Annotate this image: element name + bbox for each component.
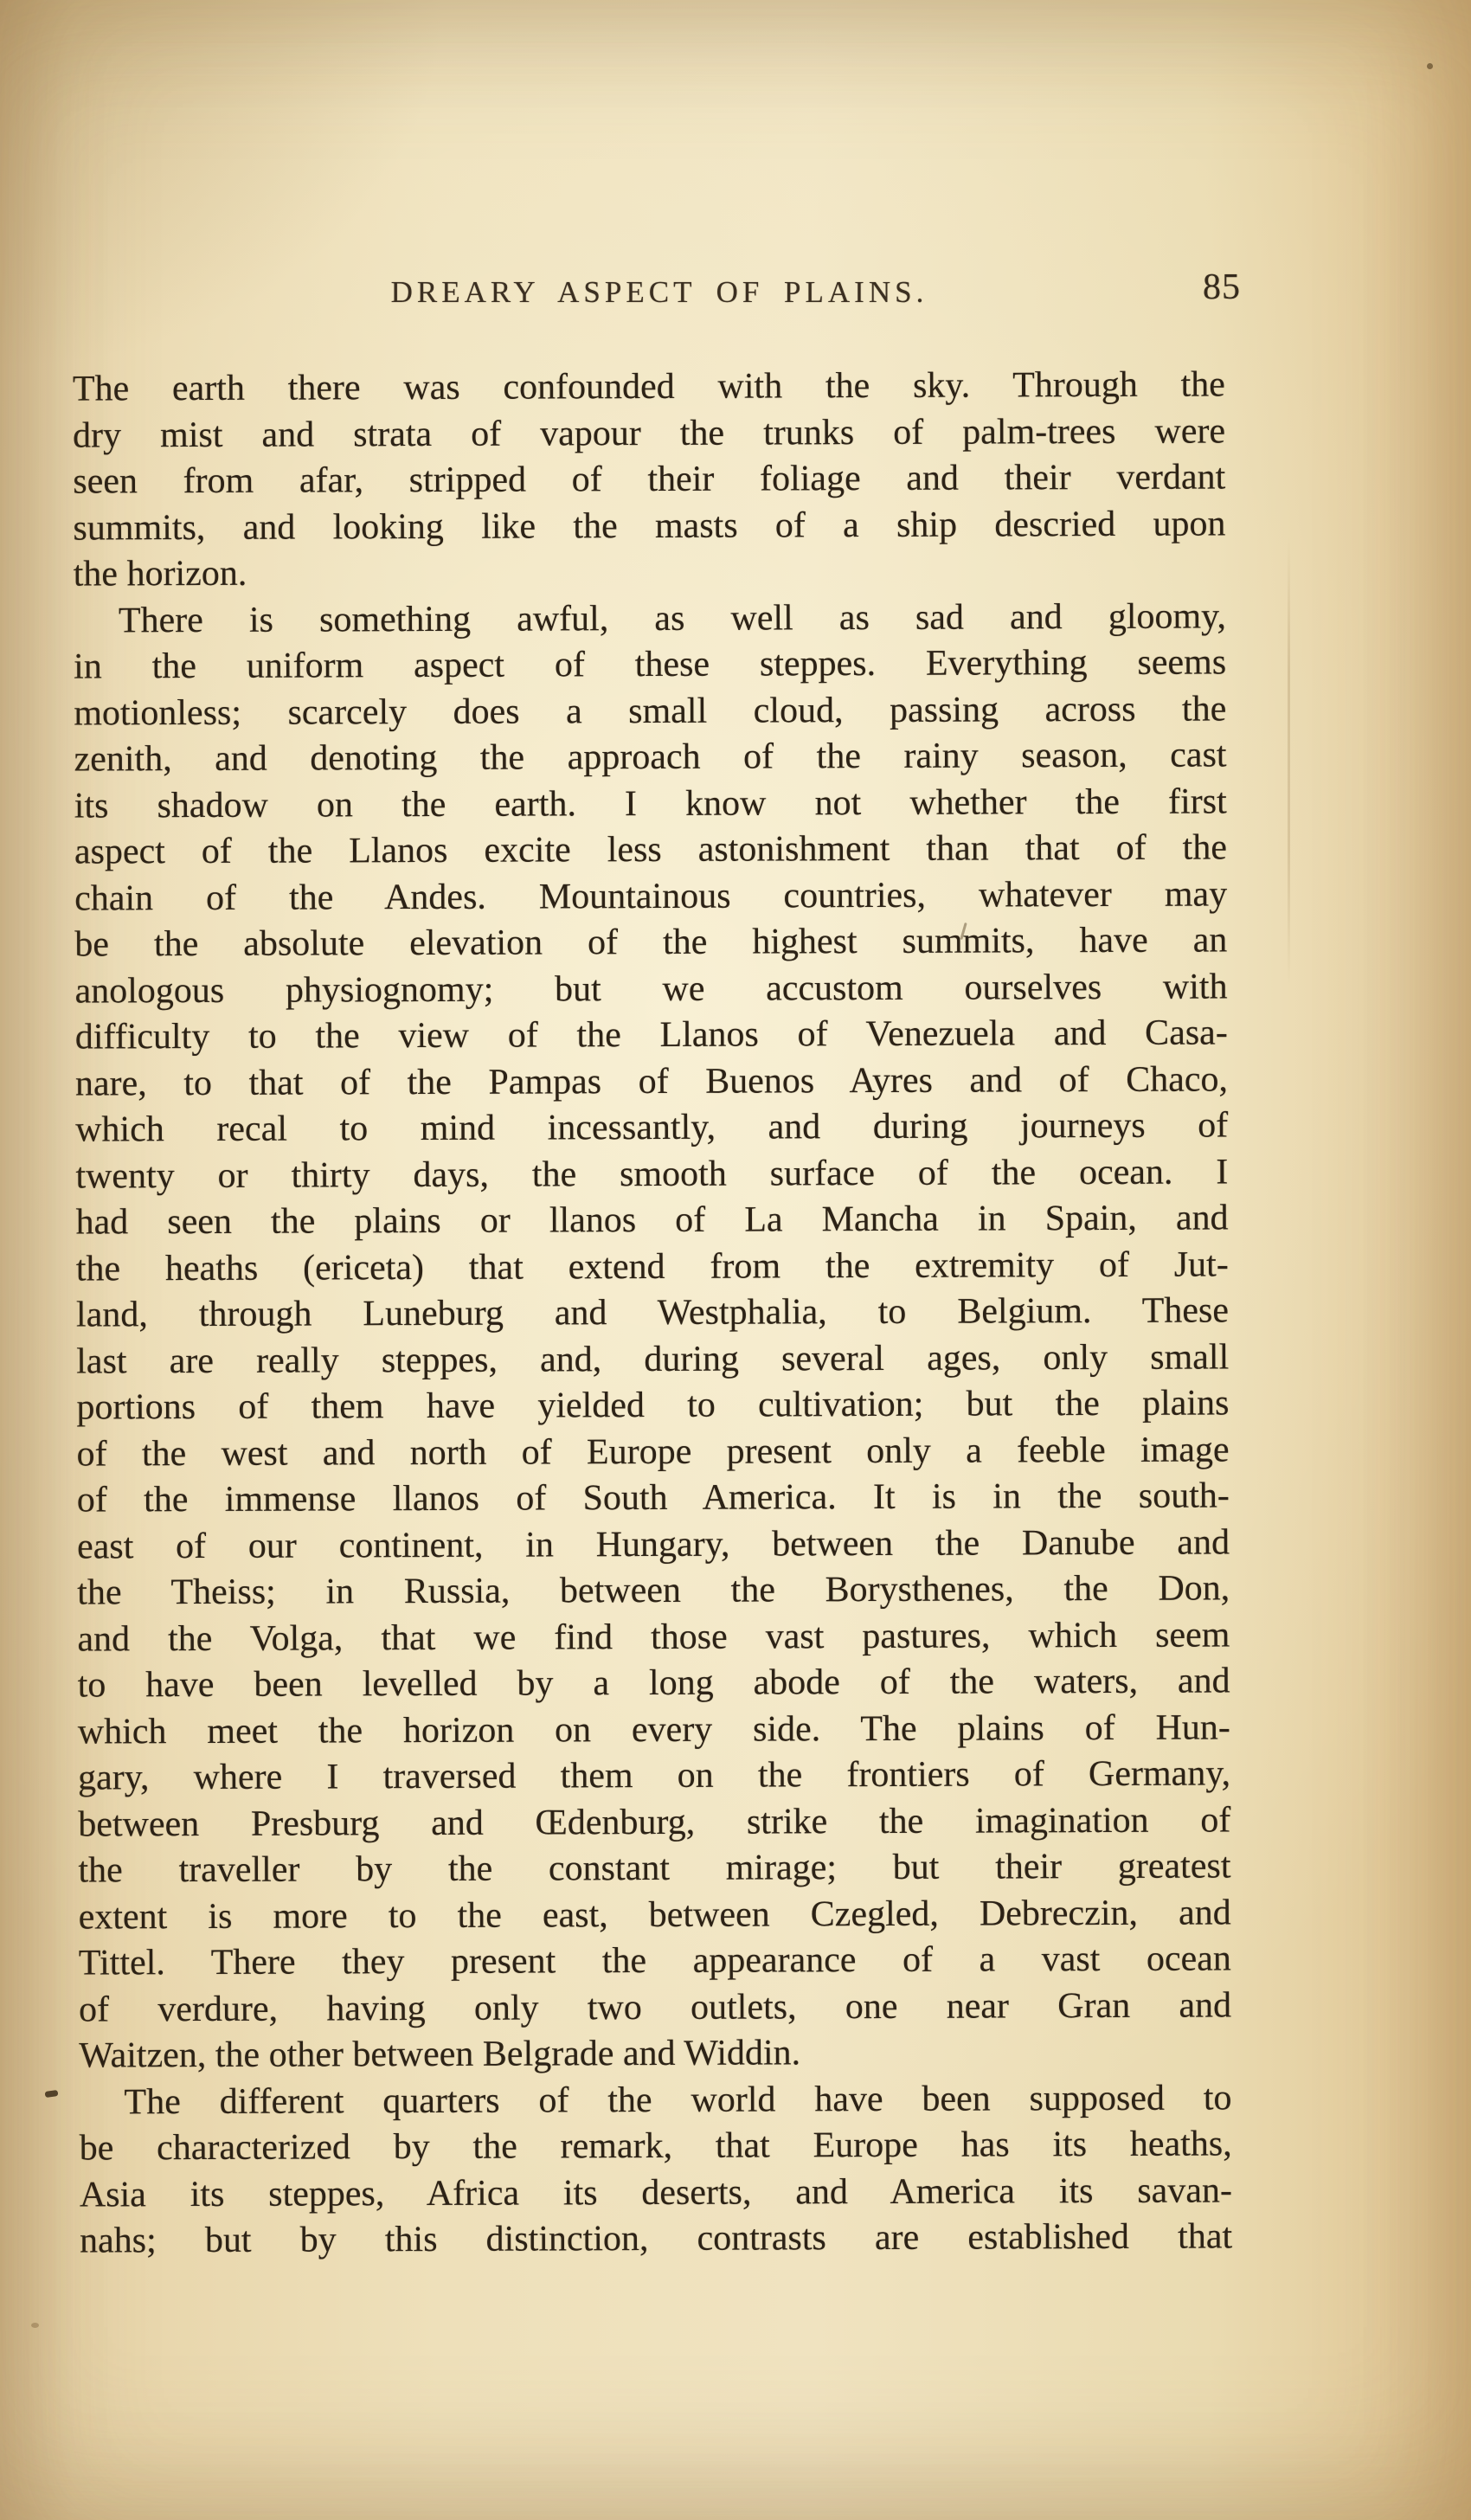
ink-speck	[1427, 63, 1433, 69]
text-line: difficulty to the view of the Llanos of …	[75, 1010, 1228, 1061]
text-line: nare, to that of the Pampas of Buenos Ay…	[75, 1057, 1228, 1108]
ink-speck	[31, 2323, 39, 2328]
text-line: summits, and looking like the masts of a…	[73, 501, 1225, 552]
text-line: anologous physiognomy; but we accustom o…	[74, 964, 1227, 1015]
text-line: between Presburg and Œdenburg, strike th…	[78, 1797, 1230, 1848]
text-line: Waitzen, the other between Belgrade and …	[79, 2028, 1231, 2080]
text-line: which recal to mind incessantly, and dur…	[75, 1102, 1228, 1154]
text-line: east of our continent, in Hungary, betwe…	[77, 1520, 1230, 1571]
text-line: in the uniform aspect of these steppes. …	[74, 640, 1226, 691]
text-line: the traveller by the constant mirage; bu…	[78, 1843, 1230, 1894]
text-line: the Theiss; in Russia, between the Borys…	[77, 1565, 1230, 1617]
paragraph: The earth there was confounded with the …	[73, 362, 1226, 598]
text-line: extent is more to the east, between Czeg…	[79, 1890, 1231, 1941]
text-line: nahs; but by this distinction, contrasts…	[80, 2214, 1232, 2265]
page-number: 85	[1203, 267, 1241, 308]
text-line: last are really steppes, and, during sev…	[76, 1334, 1229, 1385]
scanned-book-page: DREARY ASPECT OF PLAINS. 85 The earth th…	[0, 0, 1471, 2520]
text-line: portions of them have yielded to cultiva…	[76, 1380, 1229, 1431]
text-line: had seen the plains or llanos of La Manc…	[75, 1195, 1228, 1246]
text-line: zenith, and denoting the approach of the…	[74, 732, 1226, 783]
text-line: be the absolute elevation of the highest…	[74, 917, 1227, 968]
page-title: DREARY ASPECT OF PLAINS.	[83, 275, 1236, 310]
text-line: chain of the Andes. Mountainous countrie…	[74, 871, 1227, 922]
paragraph: There is something awful, as well as sad…	[74, 594, 1232, 2080]
text-line: of the immense llanos of South America. …	[77, 1473, 1230, 1524]
text-line: of verdure, having only two outlets, one…	[79, 1983, 1231, 2034]
text-line: the horizon.	[74, 547, 1226, 598]
text-line: aspect of the Llanos excite less astonis…	[74, 825, 1227, 876]
ink-speck	[45, 2090, 59, 2098]
text-line: dry mist and strata of vapour the trunks…	[73, 408, 1225, 460]
text-line: seen from afar, stripped of their foliag…	[73, 454, 1225, 505]
text-line: There is something awful, as well as sad…	[74, 594, 1226, 645]
page-crease	[1288, 537, 1290, 987]
text-line: land, through Luneburg and Westphalia, t…	[76, 1288, 1229, 1339]
text-line: be characterized by the remark, that Eur…	[80, 2121, 1232, 2172]
text-line: its shadow on the earth. I know not whet…	[74, 779, 1227, 830]
text-line: of the west and north of Europe present …	[77, 1427, 1230, 1478]
text-line: twenty or thirty days, the smooth surfac…	[75, 1149, 1228, 1200]
running-header: DREARY ASPECT OF PLAINS. 85	[76, 275, 1229, 318]
text-block: The earth there was confounded with the …	[73, 362, 1232, 2265]
text-line: gary, where I traversed them on the fron…	[78, 1751, 1230, 1802]
paragraph: The different quarters of the world have…	[79, 2075, 1232, 2265]
text-line: and the Volga, that we find those vast p…	[77, 1612, 1230, 1663]
text-line: which meet the horizon on every side. Th…	[78, 1705, 1230, 1756]
text-line: the heaths (ericeta) that extend from th…	[76, 1242, 1229, 1293]
text-line: Asia its steppes, Africa its deserts, an…	[80, 2168, 1232, 2219]
text-line: The different quarters of the world have…	[79, 2075, 1231, 2126]
text-line: Tittel. There they present the appearanc…	[79, 1936, 1231, 1987]
text-line: motionless; scarcely does a small cloud,…	[74, 686, 1226, 737]
text-line: The earth there was confounded with the …	[73, 362, 1225, 413]
text-line: to have been levelled by a long abode of…	[78, 1658, 1230, 1709]
